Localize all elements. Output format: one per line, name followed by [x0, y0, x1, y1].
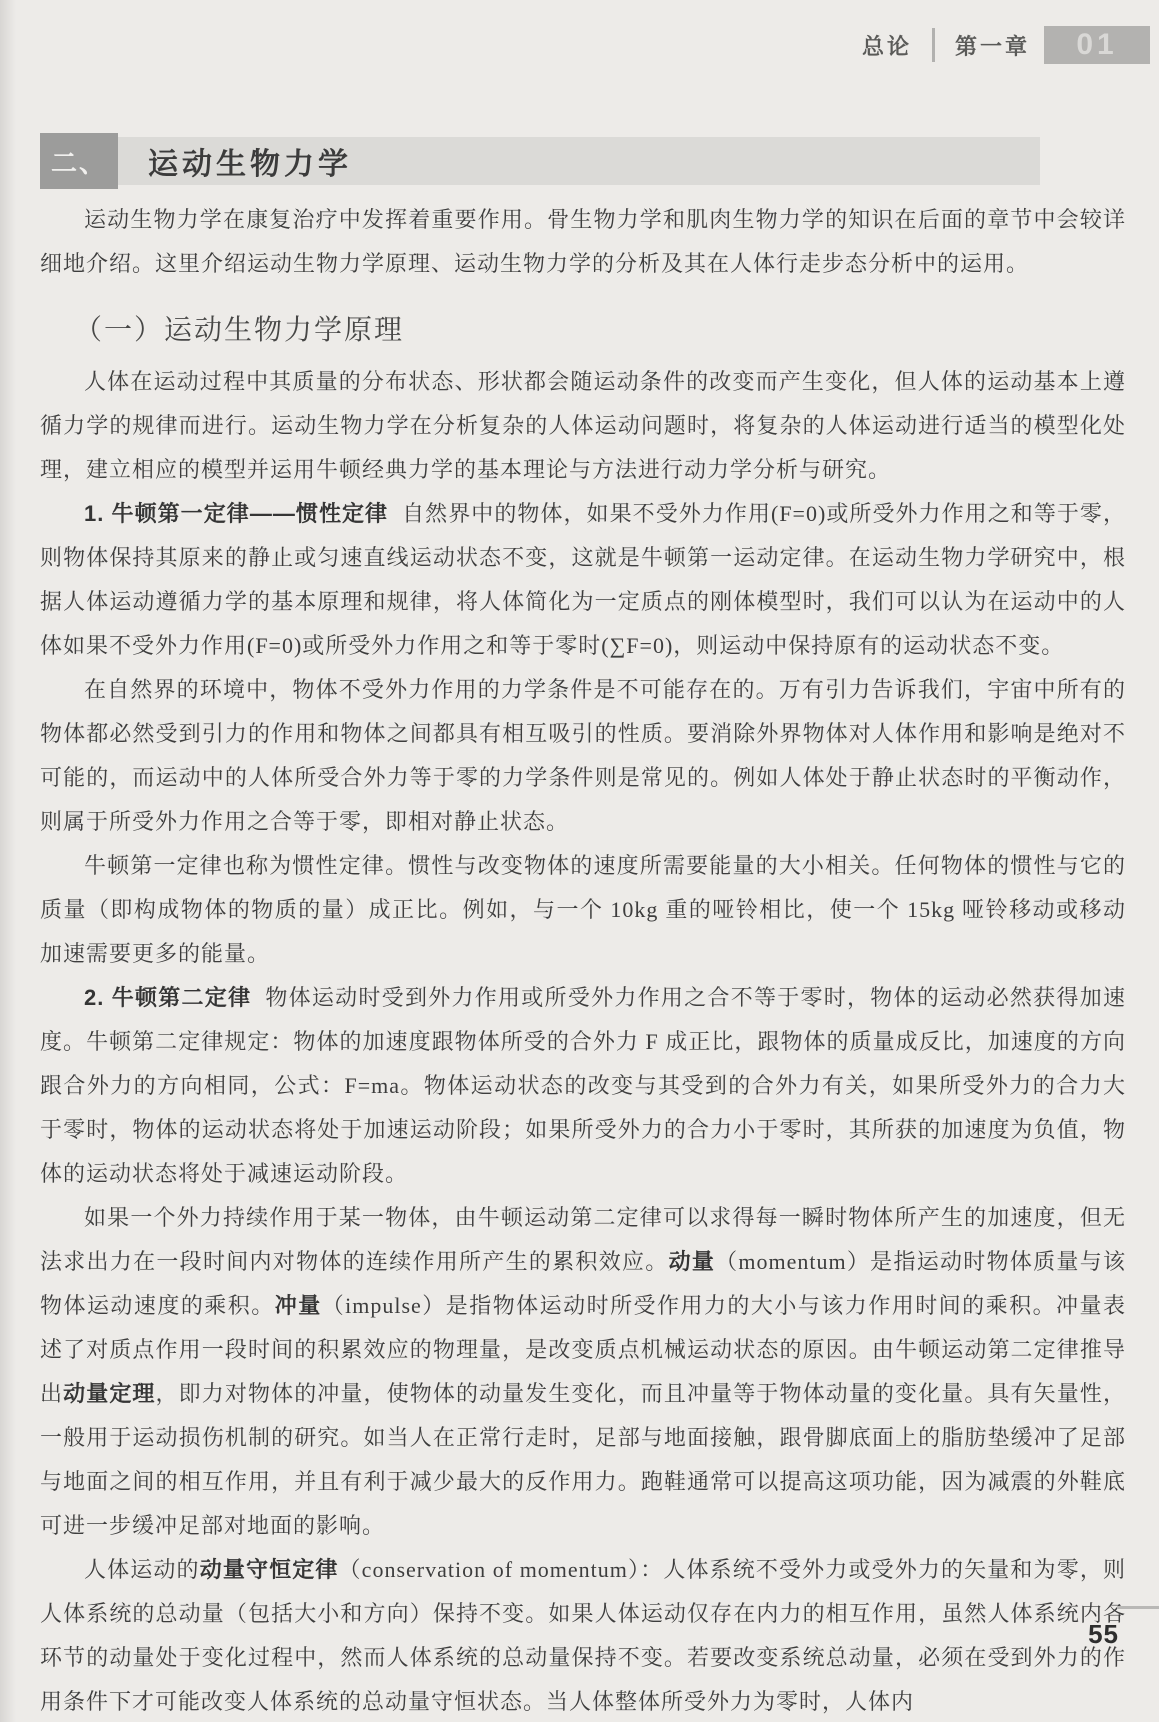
textbook-page: 总论 第一章 01 二、 运动生物力学 运动生物力学在康复治疗中发挥着重要作用。…: [0, 0, 1159, 1722]
paragraph-no-force-condition: 在自然界的环境中，物体不受外力作用的力学条件是不可能存在的。万有引力告诉我们，宇…: [40, 668, 1126, 844]
section-title-band: 运动生物力学: [118, 137, 1040, 185]
section-banner: 二、 运动生物力学: [40, 133, 1040, 189]
page-number: 55: [1088, 1619, 1119, 1650]
momentum-term: 动量: [669, 1249, 716, 1274]
paragraph-newton-first-law: 1. 牛顿第一定律——惯性定律自然界中的物体，如果不受外力作用(F=0)或所受外…: [40, 492, 1126, 668]
paragraph-newton-second-law: 2. 牛顿第二定律物体运动时受到外力作用或所受外力作用之合不等于零时，物体的运动…: [40, 976, 1126, 1196]
chapter-number-badge: 01: [1044, 26, 1150, 64]
newton-second-law-text: 物体运动时受到外力作用或所受外力作用之合不等于零时，物体的运动必然获得加速度。牛…: [40, 985, 1126, 1186]
page-body: 运动生物力学在康复治疗中发挥着重要作用。骨生物力学和肌肉生物力学的知识在后面的章…: [40, 198, 1126, 1722]
header-divider: [932, 28, 935, 62]
section-index-box: 二、: [40, 133, 118, 189]
header-section-title: 总论: [862, 30, 912, 61]
paragraph-inertia: 牛顿第一定律也称为惯性定律。惯性与改变物体的速度所需要能量的大小相关。任何物体的…: [40, 844, 1126, 976]
newton-second-law-heading: 2. 牛顿第二定律: [84, 985, 251, 1010]
section-title: 运动生物力学: [148, 139, 352, 183]
paragraph-principle-intro: 人体在运动过程中其质量的分布状态、形状都会随运动条件的改变而产生变化，但人体的运…: [40, 360, 1126, 492]
newton-first-law-heading: 1. 牛顿第一定律——惯性定律: [84, 501, 388, 526]
momentum-theorem-term: 动量定理: [63, 1381, 155, 1406]
header-chapter-label: 第一章: [955, 30, 1030, 61]
paragraph-intro: 运动生物力学在康复治疗中发挥着重要作用。骨生物力学和肌肉生物力学的知识在后面的章…: [40, 198, 1126, 286]
impulse-term: 冲量: [275, 1293, 322, 1318]
right-margin-rule: [1117, 1606, 1159, 1609]
paragraph-momentum-impulse: 如果一个外力持续作用于某一物体，由牛顿运动第二定律可以求得每一瞬时物体所产生的加…: [40, 1196, 1126, 1548]
conservation-text-0: 人体运动的: [84, 1557, 200, 1582]
running-header: 总论 第一章 01: [862, 26, 1150, 64]
paragraph-conservation: 人体运动的动量守恒定律（conservation of momentum）：人体…: [40, 1548, 1126, 1722]
subsection-title: （一）运动生物力学原理: [74, 308, 1126, 348]
momentum-text-6: ，即力对物体的冲量，使物体的动量发生变化，而且冲量等于物体动量的变化量。具有矢量…: [40, 1381, 1126, 1538]
conservation-term: 动量守恒定律: [200, 1557, 339, 1582]
